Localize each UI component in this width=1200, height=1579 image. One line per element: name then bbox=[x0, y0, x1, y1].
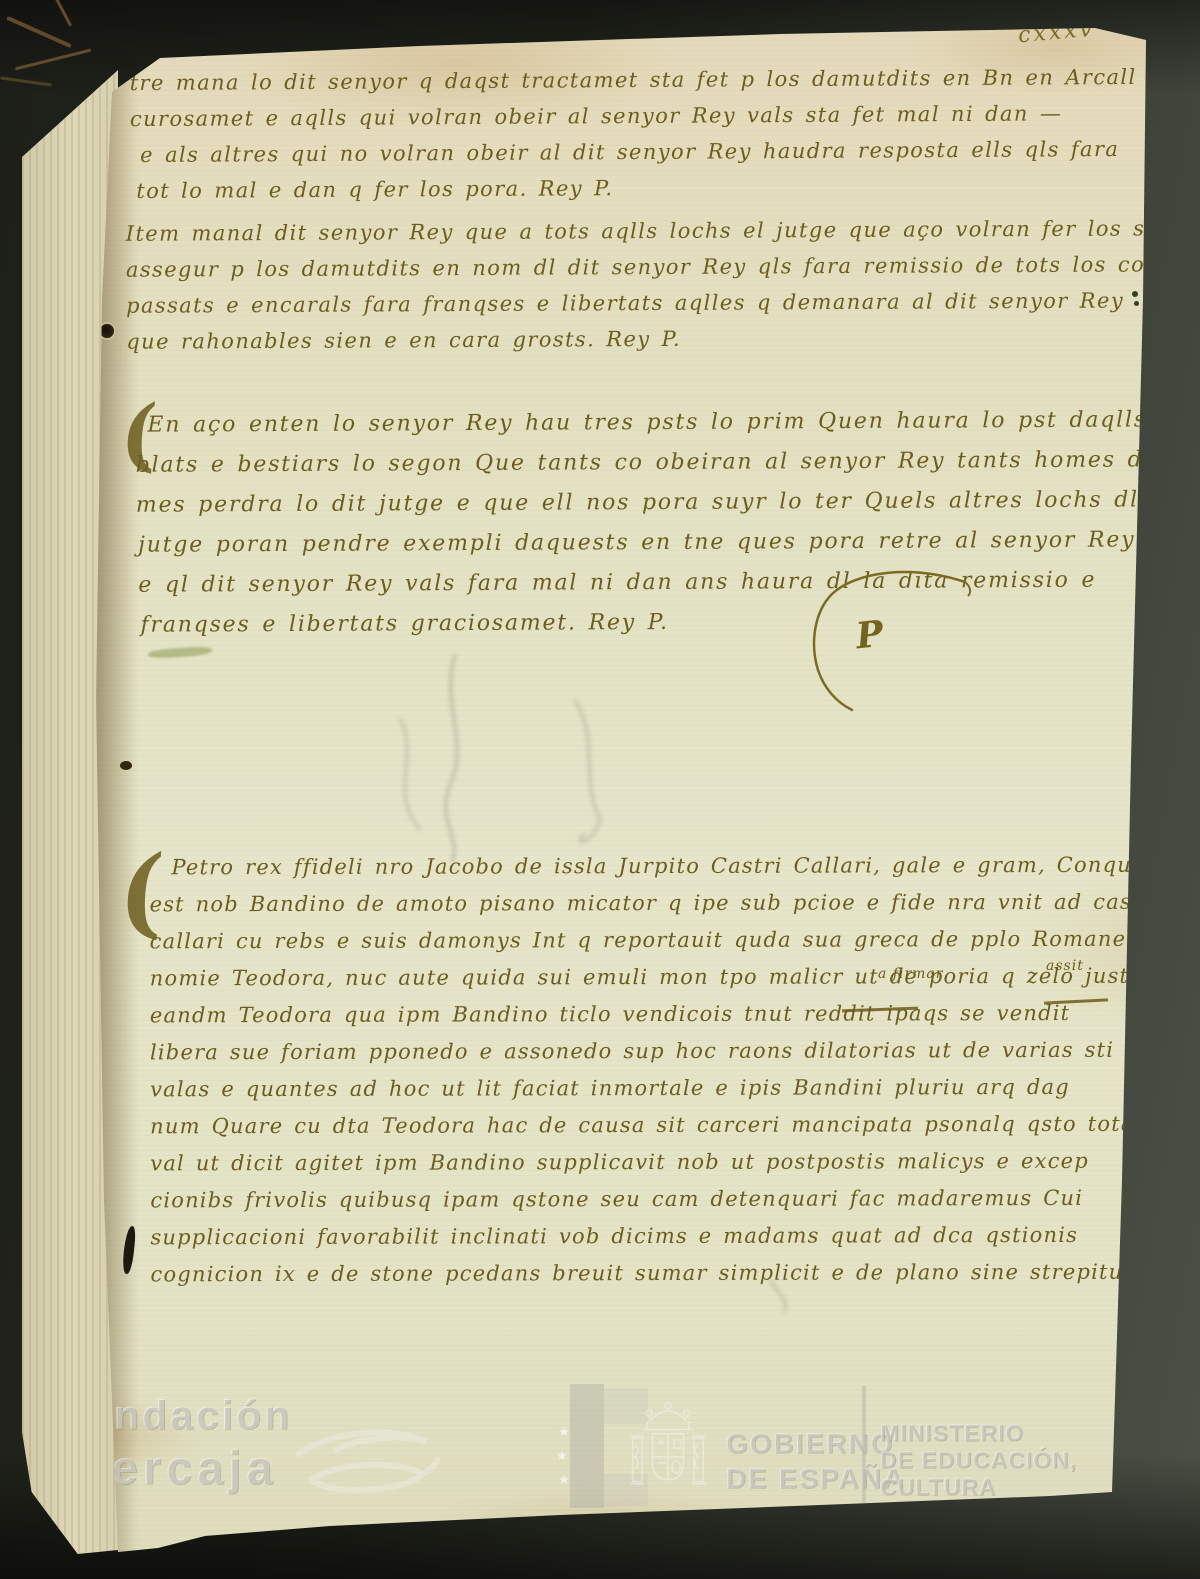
manuscript-line: Item manal dit senyor Rey que a tots aql… bbox=[126, 210, 1180, 252]
manuscript-line: mes perdra lo dit jutge e que ell nos po… bbox=[136, 480, 1171, 525]
binding-fiber bbox=[6, 16, 72, 48]
folio-number: cxxxv bbox=[1017, 17, 1096, 49]
manuscript-line: eandm Teodora qua ipm Bandino ticlo vend… bbox=[150, 995, 1182, 1035]
wormhole bbox=[100, 324, 114, 338]
manuscript-line: que rahonables sien e en cara grosts. Re… bbox=[126, 318, 1180, 360]
binding-fiber bbox=[50, 0, 72, 27]
text-paragraph-1: tre mana lo dit senyor q daqst tractamet… bbox=[130, 59, 1138, 209]
eu-stars-bracket-icon: ★ ★ ★ bbox=[570, 1384, 604, 1508]
ink-spot bbox=[1132, 291, 1138, 297]
manuscript-line: cognicion ix e de stone pcedans breuit s… bbox=[150, 1254, 1182, 1294]
manuscript-line: libera sue foriam pponedo e assonedo sup… bbox=[150, 1032, 1182, 1072]
ministerio-line2: DE EDUCACIÓN, CULTURA bbox=[880, 1447, 1200, 1501]
ministerio-line3: Y DEPORTE bbox=[880, 1501, 1200, 1528]
watermark-ministerio: MINISTERIO DE EDUCACIÓN, CULTURA Y DEPOR… bbox=[880, 1420, 1200, 1528]
manuscript-line: est nob Bandino de amoto pisano micator … bbox=[150, 884, 1182, 924]
ibercaja-swoosh-logo-icon bbox=[292, 1422, 442, 1507]
manuscript-line: valas e quantes ad hoc ut lit faciat inm… bbox=[150, 1069, 1182, 1109]
text-paragraph-2: Item manal dit senyor Rey que a tots aql… bbox=[126, 210, 1180, 360]
manuscript-line: En aço enten lo senyor Rey hau tres psts… bbox=[147, 400, 1170, 445]
manuscript-line: blats e bestiars lo segon Que tants co o… bbox=[136, 440, 1171, 485]
spain-coat-of-arms-icon bbox=[616, 1396, 720, 1506]
registration-p-mark: P bbox=[854, 613, 885, 658]
ink-spot bbox=[1134, 301, 1139, 306]
green-smudge bbox=[148, 646, 212, 659]
manuscript-line: supplicacioni favorabilit inclinati vob … bbox=[150, 1217, 1182, 1257]
manuscript-line: Petro rex ffideli nro Jacobo de issla Ju… bbox=[171, 847, 1181, 887]
gobierno-line1: GOBIERNO bbox=[726, 1426, 905, 1461]
manuscript-line: nomie Teodora, nuc aute quida sui emuli … bbox=[150, 958, 1182, 998]
star-icon: ★ bbox=[558, 1424, 570, 1440]
manuscript-line: e ql dit senyor Rey vals fara mal ni dan… bbox=[138, 560, 1171, 605]
manuscript-line: e als altres qui no volran obeir al dit … bbox=[140, 131, 1137, 173]
manuscript-line: tot lo mal e dan q fer los pora. Rey P. bbox=[136, 167, 1137, 209]
manuscript-line: franqses e libertats graciosamet. Rey P. bbox=[140, 600, 1171, 645]
superscript-correction: a firmar bbox=[878, 966, 943, 982]
manuscript-line: jutge poran pendre exempli daquests en t… bbox=[138, 520, 1171, 565]
ministerio-line1: MINISTERIO bbox=[880, 1420, 1200, 1447]
manuscript-line: val ut dicit agitet ipm Bandino supplica… bbox=[150, 1143, 1182, 1183]
star-icon: ★ bbox=[558, 1472, 570, 1488]
watermark-gobierno: GOBIERNO DE ESPAÑA bbox=[726, 1426, 905, 1496]
text-paragraph-4: Petro rex ffideli nro Jacobo de issla Ju… bbox=[149, 847, 1182, 1294]
manuscript-line: assegur p los damutdits en nom dl dit se… bbox=[126, 246, 1180, 288]
binding-fiber bbox=[0, 76, 52, 86]
registration-flourish: P bbox=[760, 562, 980, 722]
star-icon: ★ bbox=[556, 1448, 568, 1464]
gobierno-line2: DE ESPAÑA bbox=[726, 1461, 905, 1496]
superscript-correction: assit bbox=[1046, 958, 1084, 974]
manuscript-photo: cxxxv tre mana lo dit senyor q daqst tra… bbox=[0, 0, 1200, 1579]
manuscript-page: cxxxv tre mana lo dit senyor q daqst tra… bbox=[0, 0, 1200, 1579]
manuscript-line: passats e encarals fara franqses e liber… bbox=[126, 282, 1180, 324]
binding-fiber bbox=[15, 49, 91, 71]
ink-spot bbox=[120, 761, 132, 770]
manuscript-line: num Quare cu dta Teodora hac de causa si… bbox=[150, 1106, 1182, 1146]
watermark-divider bbox=[862, 1386, 866, 1514]
manuscript-line: curosamet e aqlls qui volran obeir al se… bbox=[130, 95, 1137, 137]
text-paragraph-3: En aço enten lo senyor Rey hau tres psts… bbox=[147, 400, 1171, 645]
manuscript-line: callari cu rebs e suis damonys Int q rep… bbox=[150, 921, 1182, 961]
manuscript-line: tre mana lo dit senyor q daqst tractamet… bbox=[130, 59, 1137, 101]
manuscript-line: cionibs frivolis quibusq ipam qstone seu… bbox=[150, 1180, 1182, 1220]
